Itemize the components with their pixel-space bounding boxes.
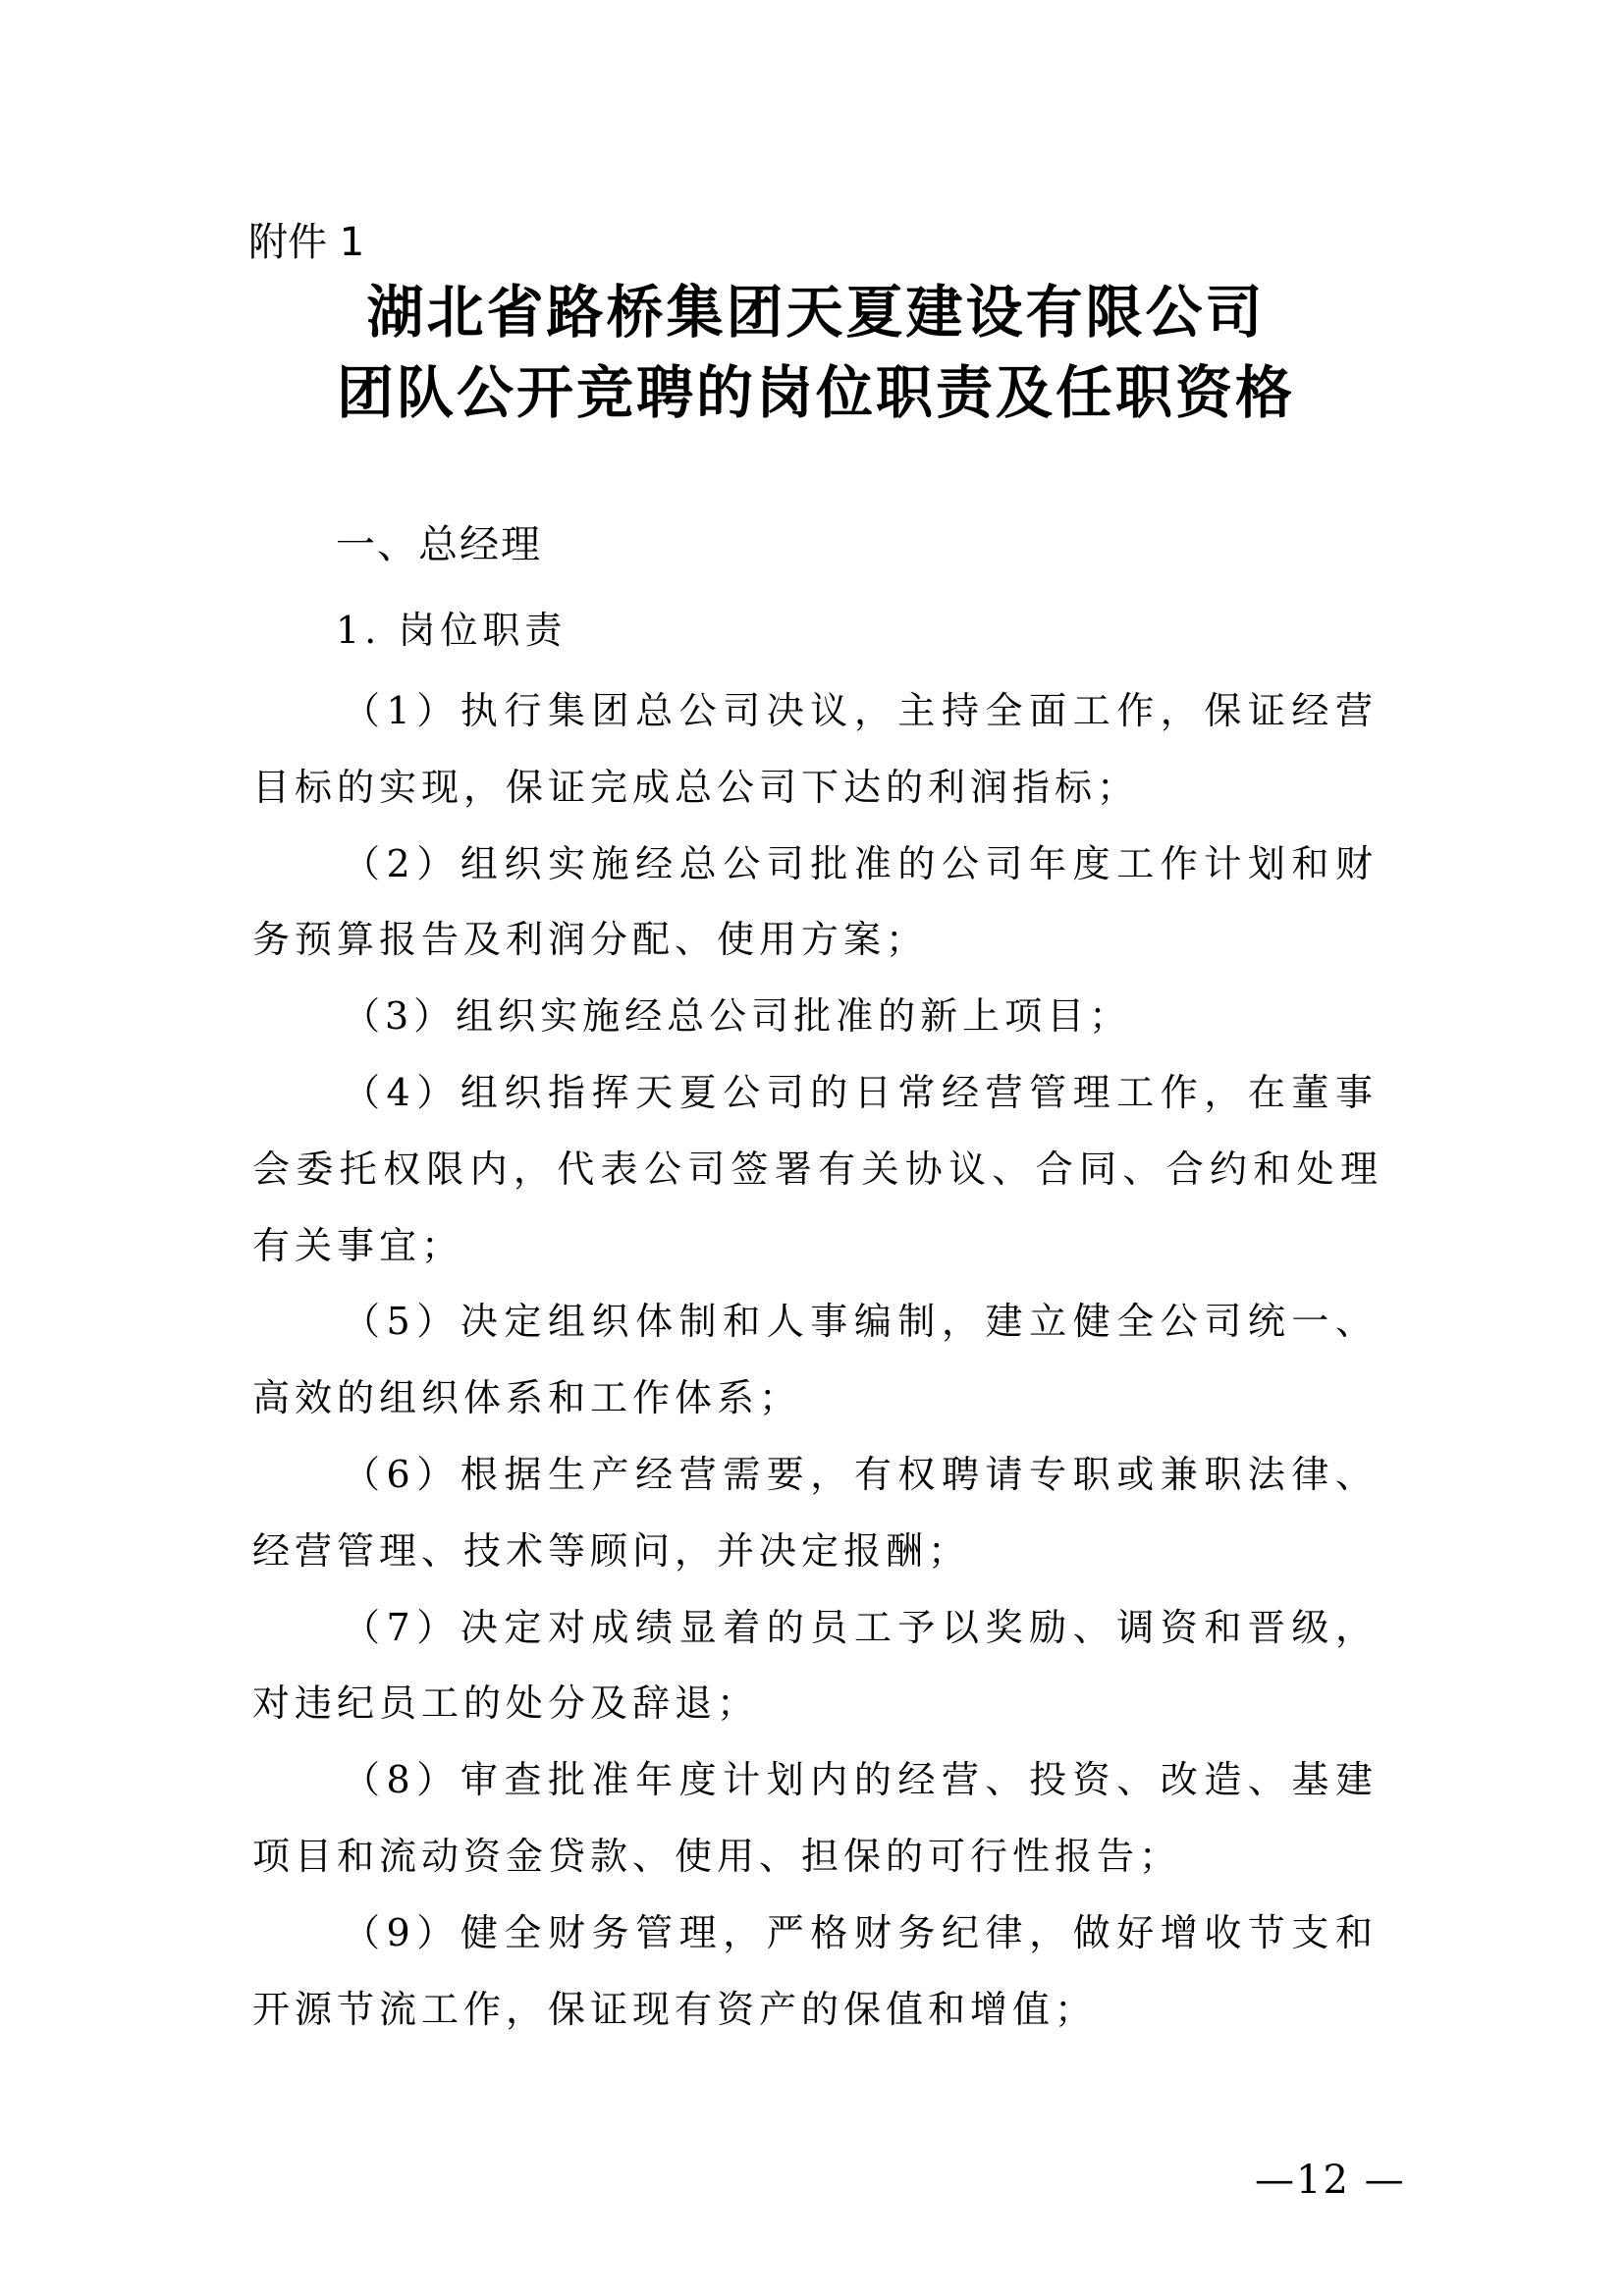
duty-item-2-line-2: 务预算报告及利润分配、使用方案； [252,914,1378,990]
duty-item-9-line-1: （9）健全财务管理，严格财务纪律，做好增收节支和 [252,1907,1378,1984]
duty-item-9-line-2: 开源节流工作，保证现有资产的保值和增值； [252,1984,1378,2060]
duty-item-7-line-1: （7）决定对成绩显着的员工予以奖励、调资和晋级， [252,1602,1378,1679]
duty-item-8-line-1: （8）审查批准年度计划内的经营、投资、改造、基建 [252,1754,1378,1831]
duties-list: （1）执行集团总公司决议，主持全面工作，保证经营 目标的实现，保证完成总公司下达… [252,685,1378,2059]
duty-item-1-line-1: （1）执行集团总公司决议，主持全面工作，保证经营 [252,685,1378,762]
document-page: 附件 1 湖北省路桥集团天夏建设有限公司 团队公开竞聘的岗位职责及任职资格 一、… [0,0,1624,2296]
subsection-heading: 1. 岗位职责 [336,606,567,655]
duty-item-7-line-2: 对违纪员工的处分及辞退； [252,1678,1378,1754]
duty-item-3-line-1: （3）组织实施经总公司批准的新上项目； [252,990,1378,1067]
duty-item-1-line-2: 目标的实现，保证完成总公司下达的利润指标； [252,762,1378,838]
document-title-line-2: 团队公开竞聘的岗位职责及任职资格 [0,358,1624,427]
section-heading: 一、总经理 [336,520,542,569]
document-title-line-1: 湖北省路桥集团天夏建设有限公司 [0,278,1624,347]
duty-item-4-line-3: 有关事宜； [252,1220,1378,1297]
duty-item-2-line-1: （2）组织实施经总公司批准的公司年度工作计划和财 [252,838,1378,915]
duty-item-8-line-2: 项目和流动资金贷款、使用、担保的可行性报告； [252,1831,1378,1907]
duty-item-6-line-1: （6）根据生产经营需要，有权聘请专职或兼职法律、 [252,1449,1378,1525]
duty-item-5-line-1: （5）决定组织体制和人事编制，建立健全公司统一、 [252,1296,1378,1372]
duty-item-4-line-2: 会委托权限内，代表公司签署有关协议、合同、合约和处理 [252,1144,1378,1220]
attachment-label: 附件 1 [248,218,364,267]
page-number: —12 — [1255,2156,1406,2205]
duty-item-6-line-2: 经营管理、技术等顾问，并决定报酬； [252,1525,1378,1602]
duty-item-5-line-2: 高效的组织体系和工作体系； [252,1372,1378,1449]
duty-item-4-line-1: （4）组织指挥天夏公司的日常经营管理工作，在董事 [252,1067,1378,1144]
